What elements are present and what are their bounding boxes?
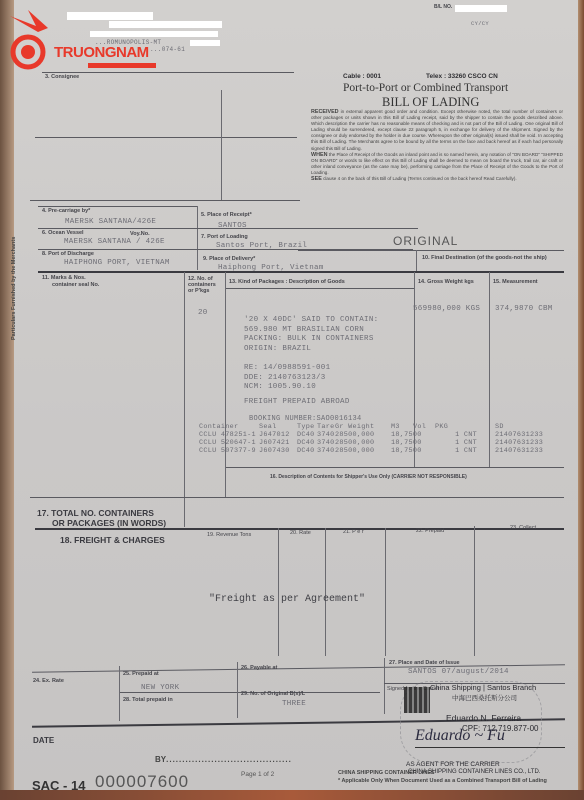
see-text: clause 4 on the back of this Bill of Lad… xyxy=(323,176,517,181)
container-row: CCLU 520647-1J607421DC40374028500,00018,… xyxy=(199,439,535,447)
stamp-line-2: 中海巴西桑托斯分公司 xyxy=(452,693,517,702)
ocean-vessel-value: MAERSK SANTANA / 426E xyxy=(64,238,165,246)
col-header: Gr Weight xyxy=(335,423,391,431)
container-cell: 18,7500 xyxy=(391,447,413,455)
divider xyxy=(225,272,226,497)
col-header: SD xyxy=(495,423,535,431)
original-bl-value: THREE xyxy=(282,700,306,708)
container-cell: CCLU 520647-1 xyxy=(199,439,255,447)
divider xyxy=(474,526,475,656)
pre-carriage-label: 4. Pre-carriage by* xyxy=(42,208,90,214)
container-cell: 3740 xyxy=(317,431,335,439)
freight-agreement-note: "Freight as per Agreement" xyxy=(209,594,365,605)
footer-company: CHINA SHIPPING CONTAINER LINES xyxy=(338,770,435,776)
col-header: Seal xyxy=(255,423,297,431)
collect-label: 23. Collect xyxy=(510,525,536,531)
container-cell: DC40 xyxy=(297,431,317,439)
freight-charges-label: 18. FREIGHT & CHARGES xyxy=(60,535,165,545)
col-header: M3 xyxy=(391,423,413,431)
redacted-block xyxy=(190,40,220,46)
divider xyxy=(184,272,185,527)
signer-name: Eduardo N. Ferreira xyxy=(446,713,521,723)
container-cell: CCLU 507377-9 xyxy=(199,447,255,455)
divider xyxy=(416,250,417,272)
col-header: Type xyxy=(297,423,317,431)
ocean-vessel-label: 6. Ocean Vessel xyxy=(42,230,84,236)
freight-terms: FREIGHT PREPAID ABROAD xyxy=(244,398,350,406)
divider xyxy=(237,662,238,718)
document-title: BILL OF LADING xyxy=(382,95,479,110)
sac-number: 000007600 xyxy=(95,772,189,792)
received-text: in external apparent good order and cond… xyxy=(311,109,563,151)
container-cell: J607430 xyxy=(255,447,297,455)
col-header: Container xyxy=(199,423,255,431)
container-cell: J647012 xyxy=(255,431,297,439)
divider xyxy=(38,271,564,273)
prepaid-at-label: 25. Prepaid at xyxy=(123,671,159,677)
gross-weight-value: 569980,000 KGS xyxy=(413,305,480,313)
bl-no-label: B/L NO. xyxy=(434,4,452,10)
transport-type: Port-to-Port or Combined Transport xyxy=(343,82,508,94)
voyage-label: Voy.No. xyxy=(130,231,150,237)
container-cell: DC40 xyxy=(297,447,317,455)
page-indicator: Page 1 of 2 xyxy=(241,771,274,778)
container-count-value: 20 xyxy=(198,309,208,317)
agent-line-1: AS AGENT FOR THE CARRIER xyxy=(406,761,500,768)
redacted-bl-number xyxy=(455,5,507,12)
see-heading: SEE xyxy=(311,176,322,182)
total-prepaid-label: 28. Total prepaid in xyxy=(123,697,173,703)
consignee-label: 3. Consignee xyxy=(45,74,79,80)
measurement-value: 374,9870 CBM xyxy=(495,305,553,313)
col-header: Vol xyxy=(413,423,435,431)
goods-description: '20 X 40DC' SAID TO CONTAIN: 569.980 MT … xyxy=(244,316,378,354)
port-of-discharge-value: HAIPHONG PORT, VIETNAM xyxy=(64,259,170,267)
gross-weight-label: 14. Gross Weight kgs xyxy=(418,279,474,285)
revenue-tons-label: 19. Revenue Tons xyxy=(207,532,251,538)
background-edge-right xyxy=(578,0,584,800)
redacted-block xyxy=(90,31,218,37)
divider xyxy=(38,206,198,207)
container-cell: J607421 xyxy=(255,439,297,447)
reference-line: RE: 14/0988591-001 xyxy=(244,364,330,374)
col-header: PKG xyxy=(435,423,495,431)
divider xyxy=(221,90,222,200)
divider xyxy=(298,250,564,251)
container-table: Container Seal Type Tare Gr Weight M3 Vo… xyxy=(199,423,535,455)
divider xyxy=(278,528,279,656)
pre-carriage-value: MAERSK SANTANA/426E xyxy=(65,218,156,226)
received-heading: RECEIVED xyxy=(311,109,339,115)
rate-label: 20. Rate xyxy=(290,530,311,536)
stamp-line-1: China Shipping | Santos Branch xyxy=(430,683,536,692)
divider xyxy=(30,200,300,201)
ex-rate-label: 24. Ex. Rate xyxy=(33,678,64,684)
divider xyxy=(385,528,386,656)
description-line: 569.980 MT BRASILIAN CORN xyxy=(244,326,378,336)
divider xyxy=(30,497,564,498)
container-cell: 21407631233 xyxy=(495,447,535,455)
place-of-receipt-label: 5. Place of Receipt* xyxy=(201,212,252,218)
container-cell: 28500,000 xyxy=(335,431,391,439)
marks-label: 11. Marks & Nos. xyxy=(42,275,86,281)
redacted-block xyxy=(109,21,222,28)
logo-brand-text: TRUONGNAM xyxy=(54,44,149,61)
by-label: BY xyxy=(155,755,166,764)
container-cell: 1 CNT xyxy=(435,439,495,447)
stamp-logo-icon xyxy=(404,687,430,713)
container-cell: 1 CNT xyxy=(435,431,495,439)
place-of-delivery-label: 9. Place of Delivery* xyxy=(203,256,255,262)
container-cell: 18,7500 xyxy=(391,439,413,447)
footer-note: * Applicable Only When Document Used as … xyxy=(338,778,578,784)
container-cell: 28500,000 xyxy=(335,439,391,447)
container-cell: 18,7500 xyxy=(391,431,413,439)
container-cell: 3740 xyxy=(317,447,335,455)
redacted-block xyxy=(67,12,153,20)
container-row: CCLU 507377-9J607430DC40374028500,00018,… xyxy=(199,447,535,455)
cable-number: Cable : 0001 xyxy=(343,73,381,80)
reference-line: NCM: 1005.90.10 xyxy=(244,383,330,393)
date-label: DATE xyxy=(33,736,54,745)
container-cell: CCLU 478251-1 xyxy=(199,431,255,439)
description-line: ORIGIN: BRAZIL xyxy=(244,345,378,355)
port-of-loading-label: 7. Port of Loading xyxy=(201,234,248,240)
divider xyxy=(197,206,198,270)
container-seal-label: container seal No. xyxy=(52,282,99,288)
container-row: CCLU 478251-1J647012DC40374028500,00018,… xyxy=(199,431,535,439)
container-cell xyxy=(413,447,435,455)
prepaid-at-value: NEW YORK xyxy=(141,684,179,692)
booking-number: BOOKING NUMBER:SAO0016134 xyxy=(249,415,362,423)
when-text: the Place of Receipt of the Goods an inl… xyxy=(311,152,563,175)
original-bl-label: 29. No. of Original B(s)/L xyxy=(241,691,305,697)
reference-line: DDE: 2140763123/3 xyxy=(244,374,330,384)
container-cell xyxy=(413,431,435,439)
port-of-discharge-label: 8. Port of Discharge xyxy=(42,251,94,257)
container-cell: 1 CNT xyxy=(435,447,495,455)
container-cell: 21407631233 xyxy=(495,439,535,447)
goods-references: RE: 14/0988591-001 DDE: 2140763123/3 NCM… xyxy=(244,364,330,393)
container-rows: CCLU 478251-1J647012DC40374028500,00018,… xyxy=(199,431,535,455)
divider xyxy=(38,228,418,229)
divider xyxy=(119,666,120,721)
shipper-address-line: ...ROMUNOPOLIS-MT xyxy=(95,39,161,46)
copy-code: CY/CY xyxy=(471,20,489,27)
place-date-issue-value: SANTOS 07/august/2014 xyxy=(408,668,509,676)
shipper-use-label: 16. Description of Contents for Shipper'… xyxy=(270,474,467,480)
shipper-address-line2: ...074-61 xyxy=(150,46,185,53)
total-packages-label: OR PACKAGES (IN WORDS) xyxy=(52,518,166,528)
container-table-header: Container Seal Type Tare Gr Weight M3 Vo… xyxy=(199,423,535,431)
prepaid-label: 22. Prepaid xyxy=(416,528,444,534)
divider xyxy=(384,658,385,714)
place-date-issue-label: 27. Place and Date of Issue xyxy=(389,660,460,666)
telex-number: Telex : 33260 CSCO CN xyxy=(426,73,498,80)
background-floor xyxy=(0,790,584,800)
col-header: Tare xyxy=(317,423,335,431)
divider xyxy=(325,528,326,656)
container-cell: 3740 xyxy=(317,439,335,447)
by-field: BY......................................… xyxy=(155,755,292,764)
divider xyxy=(226,467,564,468)
payable-at-label: 26. Payable at xyxy=(241,665,277,671)
description-line: '20 X 40DC' SAID TO CONTAIN: xyxy=(244,316,378,326)
container-cell: 21407631233 xyxy=(495,431,535,439)
description-line: PACKING: BULK IN CONTAINERS xyxy=(244,335,378,345)
divider xyxy=(42,72,294,73)
container-count-label: 12. No. of containers or P'kgs xyxy=(188,276,222,294)
container-cell: 28500,000 xyxy=(335,447,391,455)
side-label-merchants: Particulars Furnished by the Merchants xyxy=(11,180,17,340)
terms-text: RECEIVED in external apparent good order… xyxy=(311,109,563,182)
divider xyxy=(35,137,297,138)
background-edge xyxy=(0,0,14,800)
total-containers-label: 17. TOTAL NO. CONTAINERS xyxy=(37,508,154,518)
original-mark: ORIGINAL xyxy=(393,234,458,248)
divider xyxy=(226,288,414,289)
container-cell xyxy=(413,439,435,447)
measurement-label: 15. Measurement xyxy=(493,279,538,285)
signature: Eduardo ~ Fu xyxy=(415,727,565,748)
logo-underline xyxy=(88,63,156,68)
final-destination-label: 10. Final Destination (of the goods-not … xyxy=(422,255,547,261)
container-cell: DC40 xyxy=(297,439,317,447)
kind-of-packages-label: 13. Kind of Packages : Description of Go… xyxy=(229,279,345,285)
when-heading: WHEN xyxy=(311,152,327,158)
per-label: 21. P e r xyxy=(343,529,364,535)
